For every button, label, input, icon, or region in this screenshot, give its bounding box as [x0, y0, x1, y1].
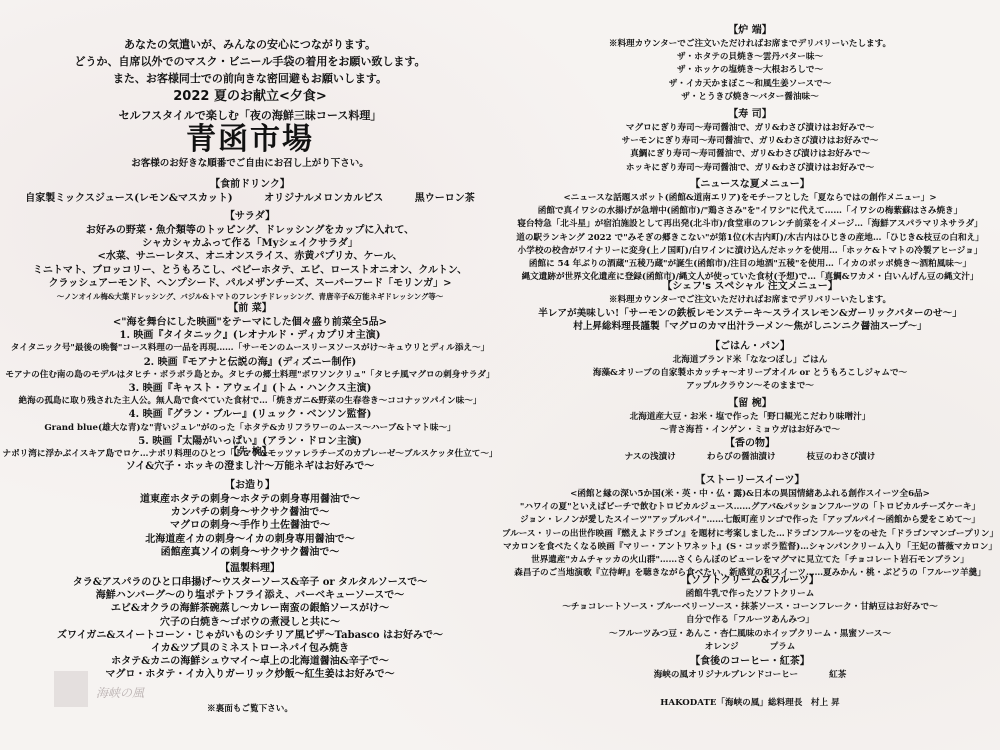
menu-line: 穴子の白焼き〜ゴボウの煮浸しと共に〜: [0, 616, 500, 629]
appetizer-title: 4. 映画『グラン・ブルー』(リュック・ベンソン監督): [0, 408, 500, 421]
menu-line: 道東産ホタテの刺身〜ホタテの刺身専用醤油で〜: [0, 493, 500, 506]
section-heading: 【炉 端】: [500, 24, 1000, 38]
section-heading: 【寿 司】: [500, 108, 1000, 122]
section-heading: 【温製料理】: [0, 562, 500, 576]
menu-line: 小学校の校舎がワイナリーに変身(上ノ国町)/白ワインに漬け込んだホッケを使用…「…: [500, 245, 1000, 258]
menu-line: マグロの刺身〜手作り土佐醤油で〜: [0, 519, 500, 532]
appetizer-desc: タイタニック号"最後の晩餐"コース料理の一品を再現……「サーモンのムースリーヌソ…: [0, 342, 500, 355]
section-heading: 【ニュースな夏メニュー】: [500, 178, 1000, 192]
section-appetizer: 【前 菜】 <"海を舞台にした映画"をテーマにした個々盛り前菜全5品> 1. 映…: [0, 302, 500, 461]
section-chef-special: 【シェフ's スペシャル 注文メニュー】 ※料理カウンターでご注文いただければお…: [500, 280, 1000, 334]
section-heading: 【先 椀】: [0, 446, 500, 460]
section-heading: 【留 椀】: [500, 397, 1000, 411]
menu-line: 真鯛にぎり寿司〜寿司醤油で、ガリ&わさび漬けはお好みで〜: [500, 148, 1000, 161]
section-note: ※料理カウンターでご注文いただければお席までデリバリーいたします。: [500, 38, 1000, 51]
section-hot-dishes: 【温製料理】 タラ&アスパラのひと口串揚げ〜ウスターソース&辛子 or タルタル…: [0, 562, 500, 682]
menu-line: ザ・ホタテの貝焼き〜雲丹バター味〜: [500, 51, 1000, 64]
section-intro: <"海を舞台にした映画"をテーマにした個々盛り前菜全5品>: [0, 316, 500, 329]
menu-line: ソイ&穴子・ホッキの澄まし汁〜万能ネギはお好みで〜: [0, 460, 500, 473]
menu-line: カンパチの刺身〜サクサク醤油で〜: [0, 506, 500, 519]
section-heading: 【ストーリースイーツ】: [500, 474, 1000, 488]
stamp-calligraphy: 海峡の風: [96, 684, 144, 701]
menu-line: 世界遺産"カムチャッカの火山群"……さくらんぼのピューレをマグマに見立てた「チョ…: [500, 554, 1000, 567]
section-miso-soup: 【留 椀】 北海道産大豆・お米・塩で作った「野口観光こだわり味噌汁」 〜青さ海苔…: [500, 397, 1000, 437]
menu-line: 函館で真イワシの水揚げが急増中(函館市)/"鶏ささみ"を"イワシ"に代えて……「…: [500, 205, 1000, 218]
menu-line: エビ&オクラの海鮮茶碗蒸し〜カレー南蛮の銀餡ソースがけ〜: [0, 602, 500, 615]
menu-line: 〜フルーツみつ豆・あんこ・杏仁風味のホイップクリーム・黒蜜ソース〜: [500, 628, 1000, 641]
section-heading: 【香の物】: [500, 437, 1000, 451]
menu-left-page: あなたの気遣いが、みんなの安心につながります。 どうか、自席以外でのマスク・ビニ…: [0, 0, 500, 750]
section-intro: <ニュースな話題スポット(函館&道南エリア)をモチーフとした「夏ならではの創作メ…: [500, 192, 1000, 205]
notice-line: どうか、自席以外でのマスク・ビニール手袋の着用をお願い致します。: [0, 53, 500, 70]
menu-item: 紅茶: [829, 669, 846, 682]
section-summer-news: 【ニュースな夏メニュー】 <ニュースな話題スポット(函館&道南エリア)をモチーフ…: [500, 178, 1000, 284]
menu-line: 半レアが美味しい!「サーモンの鉄板レモンステーキ〜スライスレモン&ガーリックバタ…: [500, 307, 1000, 320]
instruction-text: お客様のお好きな順番でご自由にお召し上がり下さい。: [0, 157, 500, 170]
section-soup: 【先 椀】 ソイ&穴子・ホッキの澄まし汁〜万能ネギはお好みで〜: [0, 446, 500, 473]
menu-line: マグロにぎり寿司〜寿司醤油で、ガリ&わさび漬けはお好みで〜: [500, 122, 1000, 135]
menu-item: 枝豆のわさび漬け: [807, 451, 876, 464]
menu-line: 北海道産イカの刺身〜イカの刺身専用醤油で〜: [0, 533, 500, 546]
menu-line: ジョン・レノンが愛したスイーツ"アップルパイ"……七飯町産リンゴで作った「アップ…: [500, 514, 1000, 527]
menu-line: 村上昇総料理長謹製「マグロのカマ出汁ラーメン〜焦がしニンニク醤油スープ〜」: [500, 320, 1000, 333]
section-sashimi: 【お造り】 道東産ホタテの刺身〜ホタテの刺身専用醤油で〜 カンパチの刺身〜サクサ…: [0, 479, 500, 559]
appetizer-desc: 絶海の孤島に取り残された主人公。無人島で食べていた食材で…「焼きガニ&野菜の生春…: [0, 395, 500, 408]
section-story-sweets: 【ストーリースイーツ】 <函館と縁の深い5か国(米・英・中・仏・露)&日本の異国…: [500, 474, 1000, 580]
notice-line: また、お客様同士での前向きな密回避もお願いします。: [0, 70, 500, 87]
section-sushi: 【寿 司】 マグロにぎり寿司〜寿司醤油で、ガリ&わさび漬けはお好みで〜 サーモン…: [500, 108, 1000, 175]
covid-notice: あなたの気遣いが、みんなの安心につながります。 どうか、自席以外でのマスク・ビニ…: [0, 36, 500, 87]
chef-signature: HAKODATE「海峡の風」総料理長 村上 昇: [500, 697, 1000, 710]
menu-line: ザ・ホッケの塩焼き〜大根おろしで〜: [500, 64, 1000, 77]
appetizer-desc: モアナの住む南の島のモデルはタヒチ・ボラボラ島とか。タヒチの郷土料理"ポワソンク…: [0, 369, 500, 382]
section-salad: 【サラダ】 お好みの野菜・魚介類等のトッピング、ドレッシングをカップに入れて、 …: [0, 210, 500, 303]
course-subtitle: セルフスタイルで楽しむ「夜の海鮮三昧コース料理」: [0, 109, 500, 123]
menu-line: お好みの野菜・魚介類等のトッピング、ドレッシングをカップに入れて、: [0, 224, 500, 237]
menu-line: 函館に 54 年ぶりの酒蔵"五稜乃蔵"が誕生(函館市)/注目の地酒"五稜"を使用…: [500, 258, 1000, 271]
notice-line: あなたの気遣いが、みんなの安心につながります。: [0, 36, 500, 53]
menu-line: 北海道ブランド米「ななつぼし」ごはん: [500, 354, 1000, 367]
menu-line: "ハワイの夏"といえばビーチで飲むトロピカルジュース……グアバ&パッションフルー…: [500, 501, 1000, 514]
section-soft-cream: 【ソフトクリーム&フルーツ】 函館牛乳で作ったソフトクリーム 〜チョコレートソー…: [500, 574, 1000, 654]
menu-line: 北海道産大豆・お米・塩で作った「野口観光こだわり味噌汁」: [500, 411, 1000, 424]
menu-line: サーモンにぎり寿司〜寿司醤油で、ガリ&わさび漬けはお好みで〜: [500, 135, 1000, 148]
menu-line: クラッシュアーモンド、ヘンプシード、パルメザンチーズ、スーパーフード「モリンガ」…: [0, 277, 500, 290]
menu-line: タラ&アスパラのひと口串揚げ〜ウスターソース&辛子 or タルタルソースで〜: [0, 576, 500, 589]
section-heading: 【食前ドリンク】: [0, 178, 500, 192]
menu-right-page: 【炉 端】 ※料理カウンターでご注文いただければお席までデリバリーいたします。 …: [500, 0, 1000, 750]
menu-item: 黒ウーロン茶: [415, 192, 475, 205]
menu-line: 函館産真ソイの刺身〜サクサク醤油で〜: [0, 546, 500, 559]
menu-line: 寝台特急「北斗星」が宿泊施設として再出発(北斗市)/食堂車のフレンチ前菜をイメー…: [500, 218, 1000, 231]
menu-item: 海峡の風オリジナルブレンドコーヒー: [654, 669, 798, 682]
section-intro: <函館と縁の深い5か国(米・英・中・仏・露)&日本の異国情緒あふれる創作スイーツ…: [500, 488, 1000, 501]
menu-line: マカロンを食べたくなる映画『マリー・アントワネット』(S・コッポラ監督)…シャン…: [500, 541, 1000, 554]
menu-line: 道の駅ランキング 2022 で"みそぎの郷きこない"が第1位(木古内町)/木古内…: [500, 232, 1000, 245]
section-grill: 【炉 端】 ※料理カウンターでご注文いただければお席までデリバリーいたします。 …: [500, 24, 1000, 104]
section-heading: 【ソフトクリーム&フルーツ】: [500, 574, 1000, 588]
menu-item: 自家製ミックスジュース(レモン&マスカット): [25, 192, 232, 205]
menu-line: 函館牛乳で作ったソフトクリーム: [500, 588, 1000, 601]
appetizer-title: 1. 映画『タイタニック』(レオナルド・ディカプリオ主演): [0, 329, 500, 342]
menu-item: オレンジ: [705, 641, 739, 654]
section-coffee: 【食後のコーヒー・紅茶】 海峡の風オリジナルブレンドコーヒー 紅茶: [500, 655, 1000, 682]
menu-line: ホタテ&カニの海鮮シュウマイ〜卓上の北海道醤油&辛子で〜: [0, 655, 500, 668]
menu-line: 海鮮ハンバーグ〜のり塩ポテトフライ添え、バーベキューソースで〜: [0, 589, 500, 602]
appetizer-desc: Grand blue(雄大な青)な"青いジュレ"がのった「ホタテ&カリフラワーの…: [0, 422, 500, 435]
menu-line: 〜チョコレートソース・ブルーベリーソース・抹茶ソース・コーンフレーク・甘納豆はお…: [500, 601, 1000, 614]
section-pickles: 【香の物】 ナスの浅漬け わらびの醤油漬け 枝豆のわさび漬け: [500, 437, 1000, 464]
section-heading: 【食後のコーヒー・紅茶】: [500, 655, 1000, 669]
menu-item: プラム: [770, 641, 796, 654]
menu-item: オリジナルメロンカルピス: [264, 192, 383, 205]
menu-line: 海藻&オリーブの自家製ホカッチャ〜オリーブオイル or とうもろこしジャムで〜: [500, 367, 1000, 380]
menu-line: ズワイガニ&スイートコーン・じゃがいものシチリア風ピザ〜Tabasco はお好み…: [0, 629, 500, 642]
menu-line: ミニトマト、ブロッコリー、とうもろこし、ベビーホタテ、エビ、ローストオニオン、ク…: [0, 264, 500, 277]
appetizer-title: 2. 映画『モアナと伝説の海』(ディズニー制作): [0, 356, 500, 369]
menu-line: ザ・とうきび焼き〜バター醤油味〜: [500, 91, 1000, 104]
section-heading: 【お造り】: [0, 479, 500, 493]
menu-line: ブルース・リーの出世作映画『燃えよドラゴン』を題材に考案しました…ドラゴンフルー…: [500, 528, 1000, 541]
restaurant-stamp-logo: [54, 671, 88, 707]
menu-title: 2022 夏のお献立<夕食>: [0, 89, 500, 105]
menu-line: イカ&ツブ貝のミネストローネパイ包み焼き: [0, 642, 500, 655]
menu-line: ザ・イカ天かまぼこ〜和風生姜ソースで〜: [500, 78, 1000, 91]
section-note: ※料理カウンターでご注文いただければお席までデリバリーいたします。: [500, 294, 1000, 307]
appetizer-title: 3. 映画『キャスト・アウェイ』(トム・ハンクス主演): [0, 382, 500, 395]
section-heading: 【シェフ's スペシャル 注文メニュー】: [500, 280, 1000, 294]
section-rice-bread: 【ごはん・パン】 北海道ブランド米「ななつぼし」ごはん 海藻&オリーブの自家製ホ…: [500, 340, 1000, 394]
menu-line: ホッキにぎり寿司〜寿司醤油で、ガリ&わさび漬けはお好みで〜: [500, 162, 1000, 175]
section-drinks: 【食前ドリンク】 自家製ミックスジュース(レモン&マスカット) オリジナルメロン…: [0, 178, 500, 205]
menu-line: アップルクラウン〜そのままで〜: [500, 380, 1000, 393]
menu-line: 〜青さ海苔・インゲン・ミョウガはお好みで〜: [500, 424, 1000, 437]
menu-line: 自分で作る「フルーツあんみつ」: [500, 614, 1000, 627]
menu-line: <水菜、サニーレタス、オニオンスライス、赤黄パプリカ、ケール、: [0, 250, 500, 263]
section-heading: 【サラダ】: [0, 210, 500, 224]
menu-item: わらびの醤油漬け: [707, 451, 776, 464]
menu-line: シャカシャカふって作る「Myシェイクサラダ」: [0, 237, 500, 250]
menu-item: ナスの浅漬け: [625, 451, 676, 464]
section-heading: 【ごはん・パン】: [500, 340, 1000, 354]
restaurant-name: 青函市場: [0, 123, 500, 157]
section-heading: 【前 菜】: [0, 302, 500, 316]
footer-note: ※裏面もご覧下さい。: [0, 703, 500, 716]
